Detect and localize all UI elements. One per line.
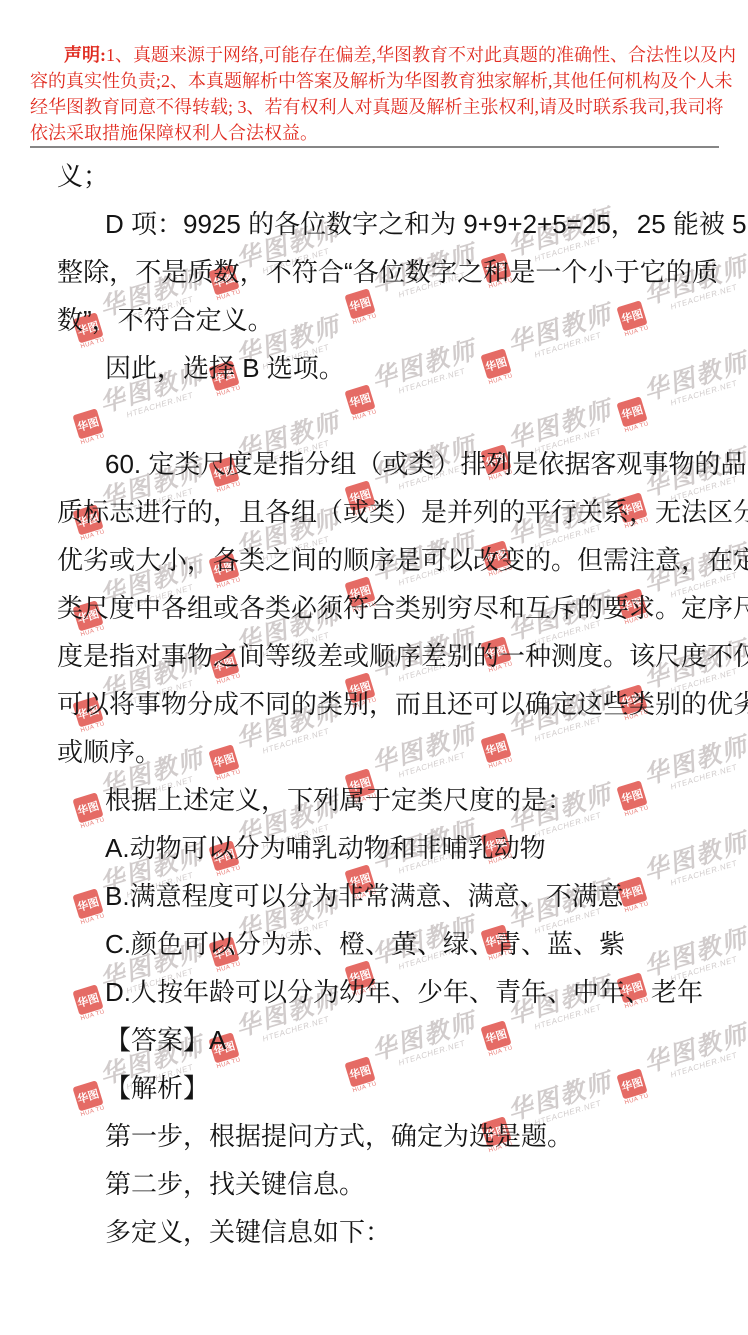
body-line: 【答案】A (57, 1016, 718, 1064)
body-line (57, 392, 718, 440)
disclaimer-line: 经华图教育同意不得转载; 3、若有权利人对真题及解析主张权利,请及时联系我司,我… (30, 94, 718, 120)
body-line: 数”，不符合定义。 (57, 296, 718, 344)
body-line: 可以将事物分成不同的类别，而且还可以确定这些类别的优劣 (57, 680, 718, 728)
body-line: 类尺度中各组或各类必须符合类别穷尽和互斥的要求。定序尺 (57, 584, 718, 632)
body-line: D.人按年龄可以分为幼年、少年、青年、中年、老年 (57, 968, 718, 1016)
body-line: 优劣或大小，各类之间的顺序是可以改变的。但需注意，在定 (57, 536, 718, 584)
body-line: 【解析】 (57, 1064, 718, 1112)
disclaimer-block: 声明:1、真题来源于网络,可能存在偏差,华图教育不对此真题的准确性、合法性以及内… (30, 42, 718, 146)
document-body: 义；D 项：9925 的各位数字之和为 9+9+2+5=25，25 能被 5整除… (57, 152, 718, 1256)
body-line: 第二步，找关键信息。 (57, 1160, 718, 1208)
body-line: 或顺序。 (57, 728, 718, 776)
body-line: 第一步，根据提问方式，确定为选是题。 (57, 1112, 718, 1160)
disclaimer-line: 容的真实性负责;2、本真题解析中答案及解析为华图教育独家解析,其他任何机构及个人… (30, 68, 718, 94)
body-line: 度是指对事物之间等级差或顺序差别的一种测度。该尺度不仅 (57, 632, 718, 680)
body-line: 质标志进行的，且各组（或类）是并列的平行关系，无法区分 (57, 488, 718, 536)
body-line: 多定义，关键信息如下： (57, 1208, 718, 1256)
disclaimer-label: 声明: (64, 45, 106, 65)
body-line: B.满意程度可以分为非常满意、满意、不满意 (57, 872, 718, 920)
body-line: 60. 定类尺度是指分组（或类）排列是依据客观事物的品 (57, 440, 718, 488)
body-line: 根据上述定义，下列属于定类尺度的是： (57, 776, 718, 824)
disclaimer-line: 依法采取措施保障权利人合法权益。 (30, 120, 718, 146)
divider-line (30, 146, 719, 148)
body-line: 义； (57, 152, 718, 200)
body-line: 整除，不是质数，不符合“各位数字之和是一个小于它的质 (57, 248, 718, 296)
body-line: 因此，选择 B 选项。 (57, 344, 718, 392)
document-page: 华图HUA TU华图教师HTEACHER.NET华图HUA TU华图教师HTEA… (0, 0, 748, 1335)
body-line: A.动物可以分为哺乳动物和非哺乳动物 (57, 824, 718, 872)
disclaimer-line: 声明:1、真题来源于网络,可能存在偏差,华图教育不对此真题的准确性、合法性以及内 (30, 42, 718, 68)
body-line: C.颜色可以分为赤、橙、黄、绿、青、蓝、紫 (57, 920, 718, 968)
body-line: D 项：9925 的各位数字之和为 9+9+2+5=25，25 能被 5 (57, 200, 718, 248)
